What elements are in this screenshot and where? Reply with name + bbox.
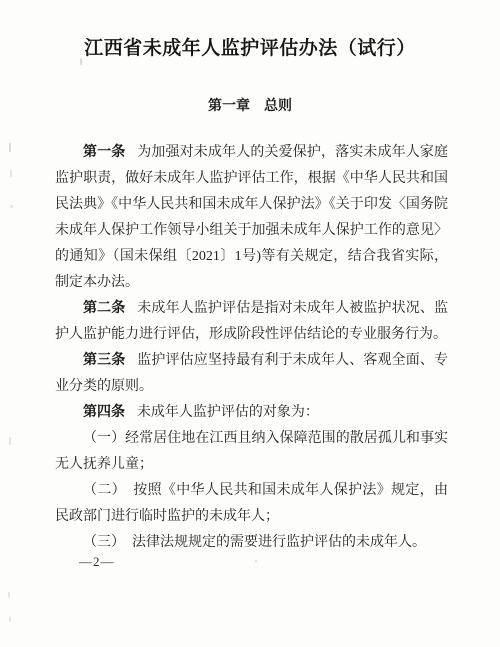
scan-artifact (80, 58, 82, 65)
paragraph: 第四条未成年人监护评估的对象为： (55, 400, 448, 426)
paragraph: 第一条为加强对未成年人的关爱保护，落实未成年人家庭监护职责，做好未成年人监护评估… (55, 140, 448, 296)
document-title: 江西省未成年人监护评估办法（试行） (0, 33, 500, 60)
scan-artifact (9, 437, 11, 445)
paragraph: （三） 法律法规规定的需要进行监护评估的未成年人。 (55, 530, 448, 556)
document-body: 第一条为加强对未成年人的关爱保护，落实未成年人家庭监护职责，做好未成年人监护评估… (55, 140, 448, 556)
scanned-document-page: 江西省未成年人监护评估办法（试行） 第一章 总则 第一条为加强对未成年人的关爱保… (0, 0, 500, 647)
scan-artifact (8, 592, 10, 598)
paragraph: 第三条监护评估应坚持最有利于未成年人、客观全面、专业分类的原则。 (55, 348, 448, 400)
paragraph: 第二条未成年人监护评估是指对未成年人被监护状况、监护人监护能力进行评估，形成阶段… (55, 296, 448, 348)
article-text: （三） 法律法规规定的需要进行监护评估的未成年人。 (83, 535, 426, 550)
article-label: 第二条 (83, 301, 125, 316)
page-number: —2— (79, 554, 115, 570)
scan-artifact (255, 560, 257, 562)
article-text: （一）经常居住地在江西且纳入保障范围的散居孤儿和事实无人抚养儿童； (55, 431, 448, 472)
scan-artifact (9, 616, 11, 622)
scan-artifact (9, 143, 11, 152)
paragraph: （二） 按照《中华人民共和国未成年人保护法》规定，由民政部门进行临时监护的未成年… (55, 478, 448, 530)
article-label: 第一条 (83, 145, 125, 160)
chapter-heading: 第一章 总则 (0, 95, 500, 115)
article-label: 第三条 (83, 353, 125, 368)
scan-artifact (10, 205, 13, 208)
paragraph: （一）经常居住地在江西且纳入保障范围的散居孤儿和事实无人抚养儿童； (55, 426, 448, 478)
article-text: 未成年人监护评估的对象为： (137, 405, 319, 420)
article-label: 第四条 (83, 405, 125, 420)
article-text: （二） 按照《中华人民共和国未成年人保护法》规定，由民政部门进行临时监护的未成年… (55, 483, 448, 524)
scan-artifact (10, 170, 12, 177)
article-text: 为加强对未成年人的关爱保护，落实未成年人家庭监护职责，做好未成年人监护评估工作，… (55, 145, 448, 290)
